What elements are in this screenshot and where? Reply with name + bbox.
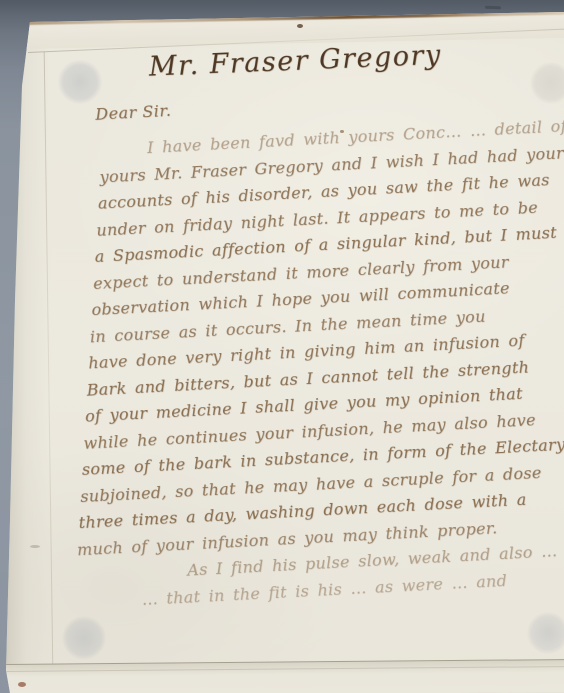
manuscript-page: Mr. Fraser Gregory Dear Sir. I have been… [0,0,564,693]
page-bottom-underleaf [0,659,564,693]
adhesive-smudge-bottom-left [62,616,106,660]
paper-scuff [30,545,40,548]
adhesive-smudge-bottom-right [527,612,564,654]
letter-body: I have been favd with yours Conc… … deta… [75,113,564,615]
page-left-edge-shading [0,18,50,693]
scan-background: Mr. Fraser Gregory Dear Sir. I have been… [0,0,564,693]
letter-content: Mr. Fraser Gregory Dear Sir. I have been… [70,27,564,616]
red-stain [18,682,26,687]
background-mark [485,6,501,10]
ink-speck [297,24,303,28]
